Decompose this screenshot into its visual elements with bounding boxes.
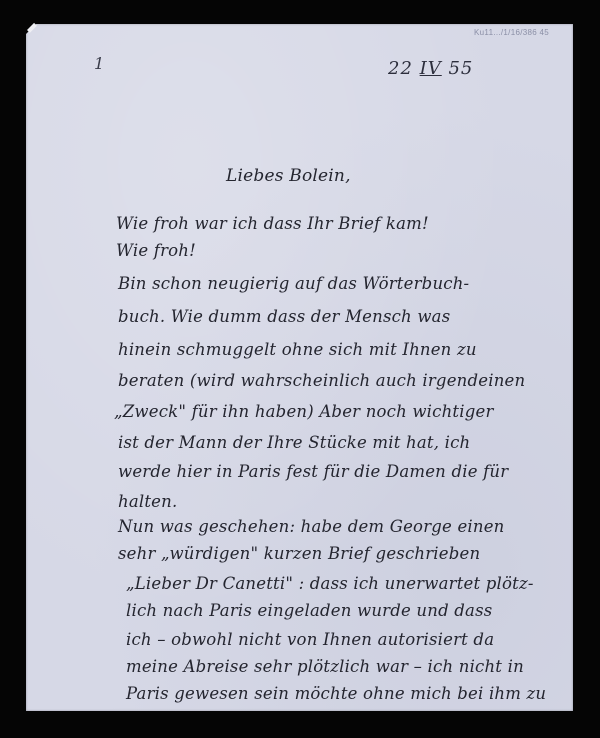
letter-line: buch. Wie dumm dass der Mensch was — [118, 307, 450, 326]
letter-date: 22 IV 55 — [388, 58, 473, 79]
letter-line: „Lieber Dr Canetti" : dass ich unerwarte… — [126, 574, 534, 593]
letter-line: sehr „würdigen" kurzen Brief geschrieben — [118, 544, 480, 563]
archive-reference: Ku11.../1/16/386 45 — [474, 28, 549, 37]
letter-line: meine Abreise sehr plötzlich war – ich n… — [126, 657, 524, 676]
letter-line: ist der Mann der Ihre Stücke mit hat, ic… — [118, 433, 470, 452]
letter-line: Paris gewesen sein möchte ohne mich bei … — [126, 684, 546, 703]
date-month-roman: IV — [420, 58, 442, 79]
date-day: 22 — [388, 58, 413, 79]
page-number: 1 — [94, 54, 104, 73]
letter-line: Bin schon neugierig auf das Wörterbuch- — [118, 274, 469, 293]
letter-line: beraten (wird wahrscheinlich auch irgend… — [118, 371, 525, 390]
letter-line: halten. — [118, 492, 177, 511]
letter-line: werde hier in Paris fest für die Damen d… — [118, 462, 508, 481]
letter-page: Ku11.../1/16/386 45 1 22 IV 55 Liebes Bo… — [26, 24, 573, 711]
letter-line: ich – obwohl nicht von Ihnen autorisiert… — [126, 630, 494, 649]
date-year: 55 — [448, 58, 473, 79]
letter-line: Nun was geschehen: habe dem George einen — [118, 517, 505, 536]
letter-line: lich nach Paris eingeladen wurde und das… — [126, 601, 492, 620]
letter-line: hinein schmuggelt ohne sich mit Ihnen zu — [118, 340, 477, 359]
letter-line: Wie froh! — [116, 241, 196, 260]
letter-line: „Zweck" für ihn haben) Aber noch wichtig… — [114, 402, 494, 421]
salutation: Liebes Bolein, — [226, 166, 351, 186]
letter-line: Wie froh war ich dass Ihr Brief kam! — [116, 214, 429, 233]
